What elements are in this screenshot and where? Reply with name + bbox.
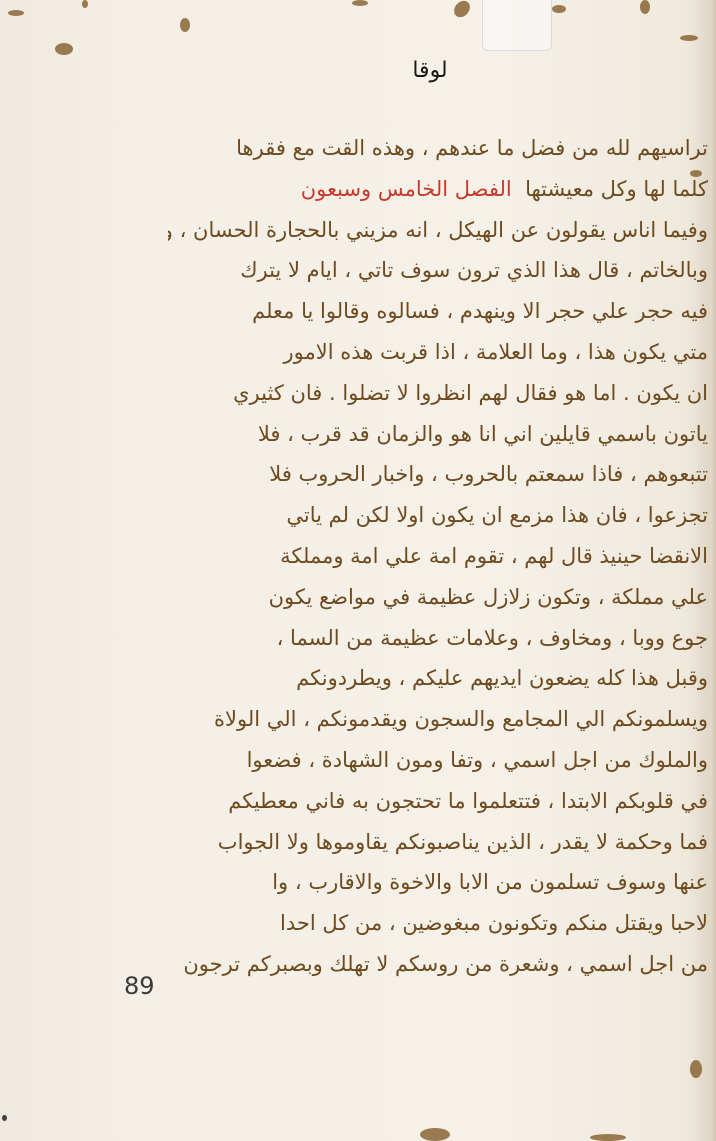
line-text: تجزعوا ، فان هذا مزمع ان يكون اولا لكن ل… — [286, 503, 708, 527]
wormhole-stain — [55, 43, 73, 55]
line-text: تراسيهم لله من فضل ما عندهم ، وهذه القت … — [236, 136, 708, 160]
text-line: وقبل هذا كله يضعون ايديهم عليكم ، ويطردو… — [168, 658, 708, 699]
text-line: فما وحكمة لا يقدر ، الذين يناصبونكم يقاو… — [168, 822, 708, 863]
text-line: من اجل اسمي ، وشعرة من روسكم لا تهلك وبص… — [168, 944, 708, 985]
line-text: كلما لها وكل معيشتها — [525, 177, 708, 201]
text-line: متي يكون هذا ، وما العلامة ، اذا قربت هذ… — [168, 332, 708, 373]
line-text: من اجل اسمي ، وشعرة من روسكم لا تهلك وبص… — [183, 952, 708, 976]
text-line: ويسلمونكم الي المجامع والسجون ويقدمونكم … — [168, 699, 708, 740]
line-text: في قلوبكم الابتدا ، فتتعلموا ما تحتجون ب… — [228, 789, 708, 813]
repair-tape — [482, 0, 552, 51]
text-line: وفيما اناس يقولون عن الهيكل ، انه مزيني … — [168, 210, 708, 251]
folio-number: 89 — [124, 972, 155, 1000]
wormhole-stain — [680, 35, 698, 41]
text-line: والملوك من اجل اسمي ، وتفا ومون الشهادة … — [168, 740, 708, 781]
line-text: علي مملكة ، وتكون زلازل عظيمة في مواضع ي… — [269, 585, 708, 609]
line-text: الانقضا حينيذ قال لهم ، تقوم امة علي امة… — [280, 544, 708, 568]
manuscript-text-block: تراسيهم لله من فضل ما عندهم ، وهذه القت … — [168, 128, 708, 985]
wormhole-stain — [690, 1060, 702, 1078]
text-line: تجزعوا ، فان هذا مزمع ان يكون اولا لكن ل… — [168, 495, 708, 536]
line-text: وقبل هذا كله يضعون ايديهم عليكم ، ويطردو… — [296, 666, 708, 690]
wormhole-stain — [451, 0, 473, 20]
line-text: عنها وسوف تسلمون من الابا والاخوة والاقا… — [272, 870, 708, 894]
chapter-heading-rubric: الفصل الخامس وسبعون — [301, 177, 512, 201]
wormhole-stain — [352, 0, 368, 6]
line-text: فيه حجر علي حجر الا وينهدم ، فسالوه وقال… — [252, 299, 708, 323]
line-text: تتبعوهم ، فاذا سمعتم بالحروب ، واخبار ال… — [269, 462, 708, 486]
manuscript-page: لوقا تراسيهم لله من فضل ما عندهم ، وهذه … — [0, 0, 716, 1141]
wormhole-stain — [552, 5, 566, 13]
text-line: لاحبا ويقتل منكم وتكونون مبغوضين ، من كل… — [168, 903, 708, 944]
text-line: فيه حجر علي حجر الا وينهدم ، فسالوه وقال… — [168, 291, 708, 332]
wormhole-stain — [2, 1115, 7, 1121]
text-line: علي مملكة ، وتكون زلازل عظيمة في مواضع ي… — [168, 577, 708, 618]
line-text: فما وحكمة لا يقدر ، الذين يناصبونكم يقاو… — [218, 830, 708, 854]
text-line: ياتون باسمي قايلين اني انا هو والزمان قد… — [168, 414, 708, 455]
wormhole-stain — [82, 0, 88, 8]
text-line: جوع ووبا ، ومخاوف ، وعلامات عظيمة من الس… — [168, 618, 708, 659]
line-text: وفيما اناس يقولون عن الهيكل ، انه مزيني … — [168, 218, 708, 242]
line-text: وبالخاتم ، قال هذا الذي ترون سوف تاتي ، … — [240, 258, 708, 282]
line-text: لاحبا ويقتل منكم وتكونون مبغوضين ، من كل… — [280, 911, 708, 935]
text-line: تتبعوهم ، فاذا سمعتم بالحروب ، واخبار ال… — [168, 454, 708, 495]
text-line: في قلوبكم الابتدا ، فتتعلموا ما تحتجون ب… — [168, 781, 708, 822]
line-text: ياتون باسمي قايلين اني انا هو والزمان قد… — [258, 422, 708, 446]
page-edge — [710, 0, 716, 1141]
text-line: وبالخاتم ، قال هذا الذي ترون سوف تاتي ، … — [168, 250, 708, 291]
text-line: عنها وسوف تسلمون من الابا والاخوة والاقا… — [168, 862, 708, 903]
text-line: ان يكون . اما هو فقال لهم انظروا لا تضلو… — [168, 373, 708, 414]
line-text: ان يكون . اما هو فقال لهم انظروا لا تضلو… — [233, 381, 708, 405]
running-title: لوقا — [400, 58, 460, 83]
line-text: متي يكون هذا ، وما العلامة ، اذا قربت هذ… — [284, 340, 709, 364]
wormhole-stain — [590, 1134, 626, 1141]
line-text: والملوك من اجل اسمي ، وتفا ومون الشهادة … — [247, 748, 708, 772]
text-line: الانقضا حينيذ قال لهم ، تقوم امة علي امة… — [168, 536, 708, 577]
text-line: كلما لها وكل معيشتها الفصل الخامس وسبعون — [168, 169, 708, 210]
wormhole-stain — [640, 0, 650, 14]
wormhole-stain — [180, 18, 190, 32]
line-text: جوع ووبا ، ومخاوف ، وعلامات عظيمة من الس… — [277, 626, 708, 650]
wormhole-stain — [420, 1128, 450, 1141]
text-line: تراسيهم لله من فضل ما عندهم ، وهذه القت … — [168, 128, 708, 169]
wormhole-stain — [8, 10, 24, 16]
line-text: ويسلمونكم الي المجامع والسجون ويقدمونكم … — [214, 707, 708, 731]
